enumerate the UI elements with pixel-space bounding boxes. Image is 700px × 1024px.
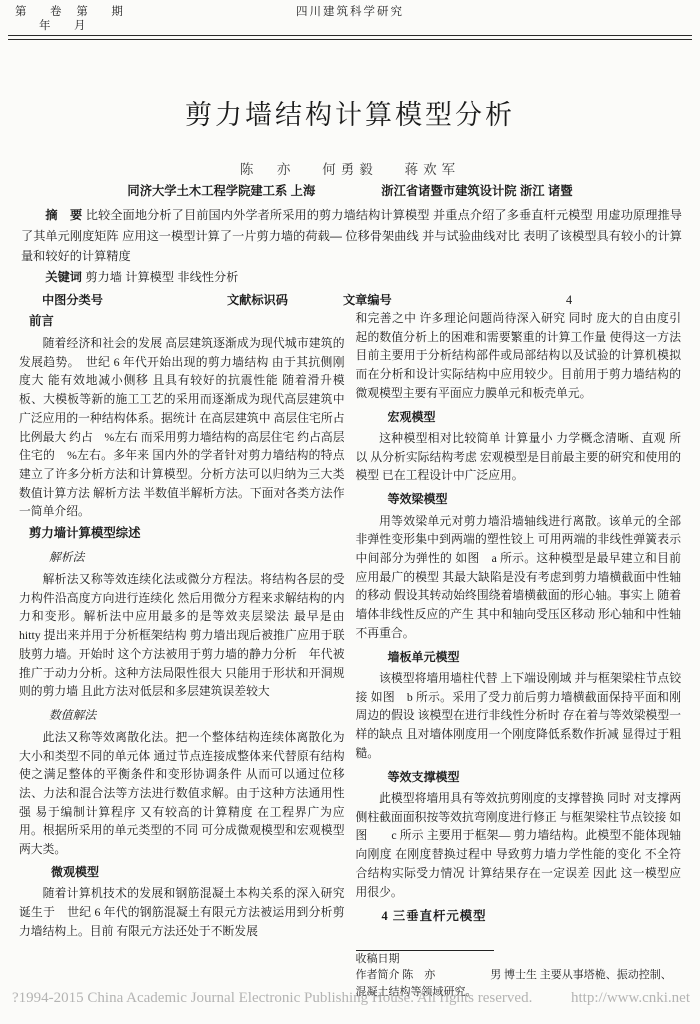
abstract-label: 摘 要	[45, 208, 82, 222]
heading-three-vertical-bar-model: 4 三垂直杆元模型	[382, 907, 682, 926]
keywords-text: 剪力墙 计算模型 非线性分析	[85, 270, 238, 284]
affiliation-1: 同济大学土木工程学院建工系 上海	[127, 181, 315, 199]
affiliations: 同济大学土木工程学院建工系 上海 浙江省诸暨市建筑设计院 浙江 诸暨	[0, 181, 700, 199]
document-code-label: 文献标识码	[227, 290, 288, 311]
paragraph-micro-model: 随着计算机技术的发展和钢筋混凝土本构关系的深入研究 诞生于 世纪 6 年代的钢筋…	[19, 884, 345, 940]
paragraph-analytic-method: 解析法又称等效连续化法或微分方程法。将结构各层的受力构件沿高度方向进行连续化 然…	[19, 570, 345, 701]
keywords-label: 关键词	[45, 270, 82, 284]
author-bio-line: 作者简介 陈 亦 男 博士生 主要从事塔桅、振动控制、混凝土结构等领域研究。	[356, 967, 682, 1000]
keywords: 关键词 剪力墙 计算模型 非线性分析	[21, 267, 682, 288]
heading-equivalent-brace-model: 等效支撑模型	[388, 768, 682, 787]
heading-micro-model: 微观模型	[51, 863, 345, 882]
footnote-block: 收稿日期 作者简介 陈 亦 男 博士生 主要从事塔桅、振动控制、混凝土结构等领域…	[356, 950, 682, 1001]
body-columns: 前言 随着经济和社会的发展 高层建筑逐渐成为现代城市建筑的发展趋势。 世纪 6 …	[19, 309, 681, 1024]
paragraph-wall-panel-model: 该模型将墙用墙柱代替 上下端设刚域 并与框架梁柱节点铰接 如图 b 所示。采用了…	[356, 669, 682, 763]
heading-analytic-method: 解析法	[49, 548, 345, 566]
abstract-text: 比较全面地分析了目前国内外学者所采用的剪力墙结构计算模型 并重点介绍了多垂直杆元…	[21, 208, 682, 263]
paragraph-equivalent-brace-model: 此模型将墙用具有等效抗剪刚度的支撑替换 同时 对支撑两侧柱截面面积按等效抗弯刚度…	[356, 789, 682, 901]
abstract: 摘 要 比较全面地分析了目前国内外学者所采用的剪力墙结构计算模型 并重点介绍了多…	[21, 205, 682, 267]
heading-introduction: 前言	[29, 312, 345, 331]
heading-numerical-method: 数值解法	[49, 706, 345, 724]
affiliation-2: 浙江省诸暨市建筑设计院 浙江 诸暨	[381, 181, 572, 199]
paragraph-numerical-method: 此法又称等效离散化法。把一个整体结构连续体离散化为大小和类型不同的单元体 通过节…	[19, 728, 345, 859]
paragraph-macro-model: 这种模型相对比较简单 计算量小 力学概念清晰、直观 所以 从分析实际结构考虑 宏…	[356, 429, 682, 485]
header-divider	[8, 35, 692, 40]
heading-macro-model: 宏观模型	[388, 408, 682, 427]
authors-line: 陈 亦 何勇毅 蒋欢军	[0, 158, 700, 178]
article-id-label: 文章编号	[343, 290, 392, 311]
heading-wall-panel-model: 墙板单元模型	[388, 648, 682, 667]
heading-model-overview: 剪力墙计算模型综述	[29, 524, 345, 543]
heading-equivalent-beam-model: 等效梁模型	[388, 490, 682, 509]
article-id-value: 4	[566, 290, 572, 311]
article-meta: 摘 要 比较全面地分析了目前国内外学者所采用的剪力墙结构计算模型 并重点介绍了多…	[21, 205, 682, 312]
paragraph-micro-model-continued: 和完善之中 许多理论问题尚待深入研究 同时 庞大的自由度引起的数值分析上的困难和…	[356, 309, 682, 403]
clc-label: 中图分类号	[42, 290, 103, 311]
page-header: 第 卷 第 期 年 月 四川建筑科学研究	[15, 5, 685, 33]
journal-page: 第 卷 第 期 年 月 四川建筑科学研究 剪力墙结构计算模型分析 陈 亦 何勇毅…	[0, 0, 700, 1024]
right-column: 和完善之中 许多理论问题尚待深入研究 同时 庞大的自由度引起的数值分析上的困难和…	[356, 309, 682, 1024]
issue-date-line: 年 月	[15, 19, 685, 33]
article-title: 剪力墙结构计算模型分析	[0, 93, 700, 132]
received-date-line: 收稿日期	[356, 951, 682, 968]
paragraph-equivalent-beam-model: 用等效梁单元对剪力墙沿墙轴线进行离散。该单元的全部非弹性变形集中到两端的塑性铰上…	[356, 512, 682, 643]
left-column: 前言 随着经济和社会的发展 高层建筑逐渐成为现代城市建筑的发展趋势。 世纪 6 …	[19, 309, 345, 1024]
paragraph-introduction: 随着经济和社会的发展 高层建筑逐渐成为现代城市建筑的发展趋势。 世纪 6 年代开…	[19, 334, 345, 521]
journal-name: 四川建筑科学研究	[15, 5, 685, 19]
